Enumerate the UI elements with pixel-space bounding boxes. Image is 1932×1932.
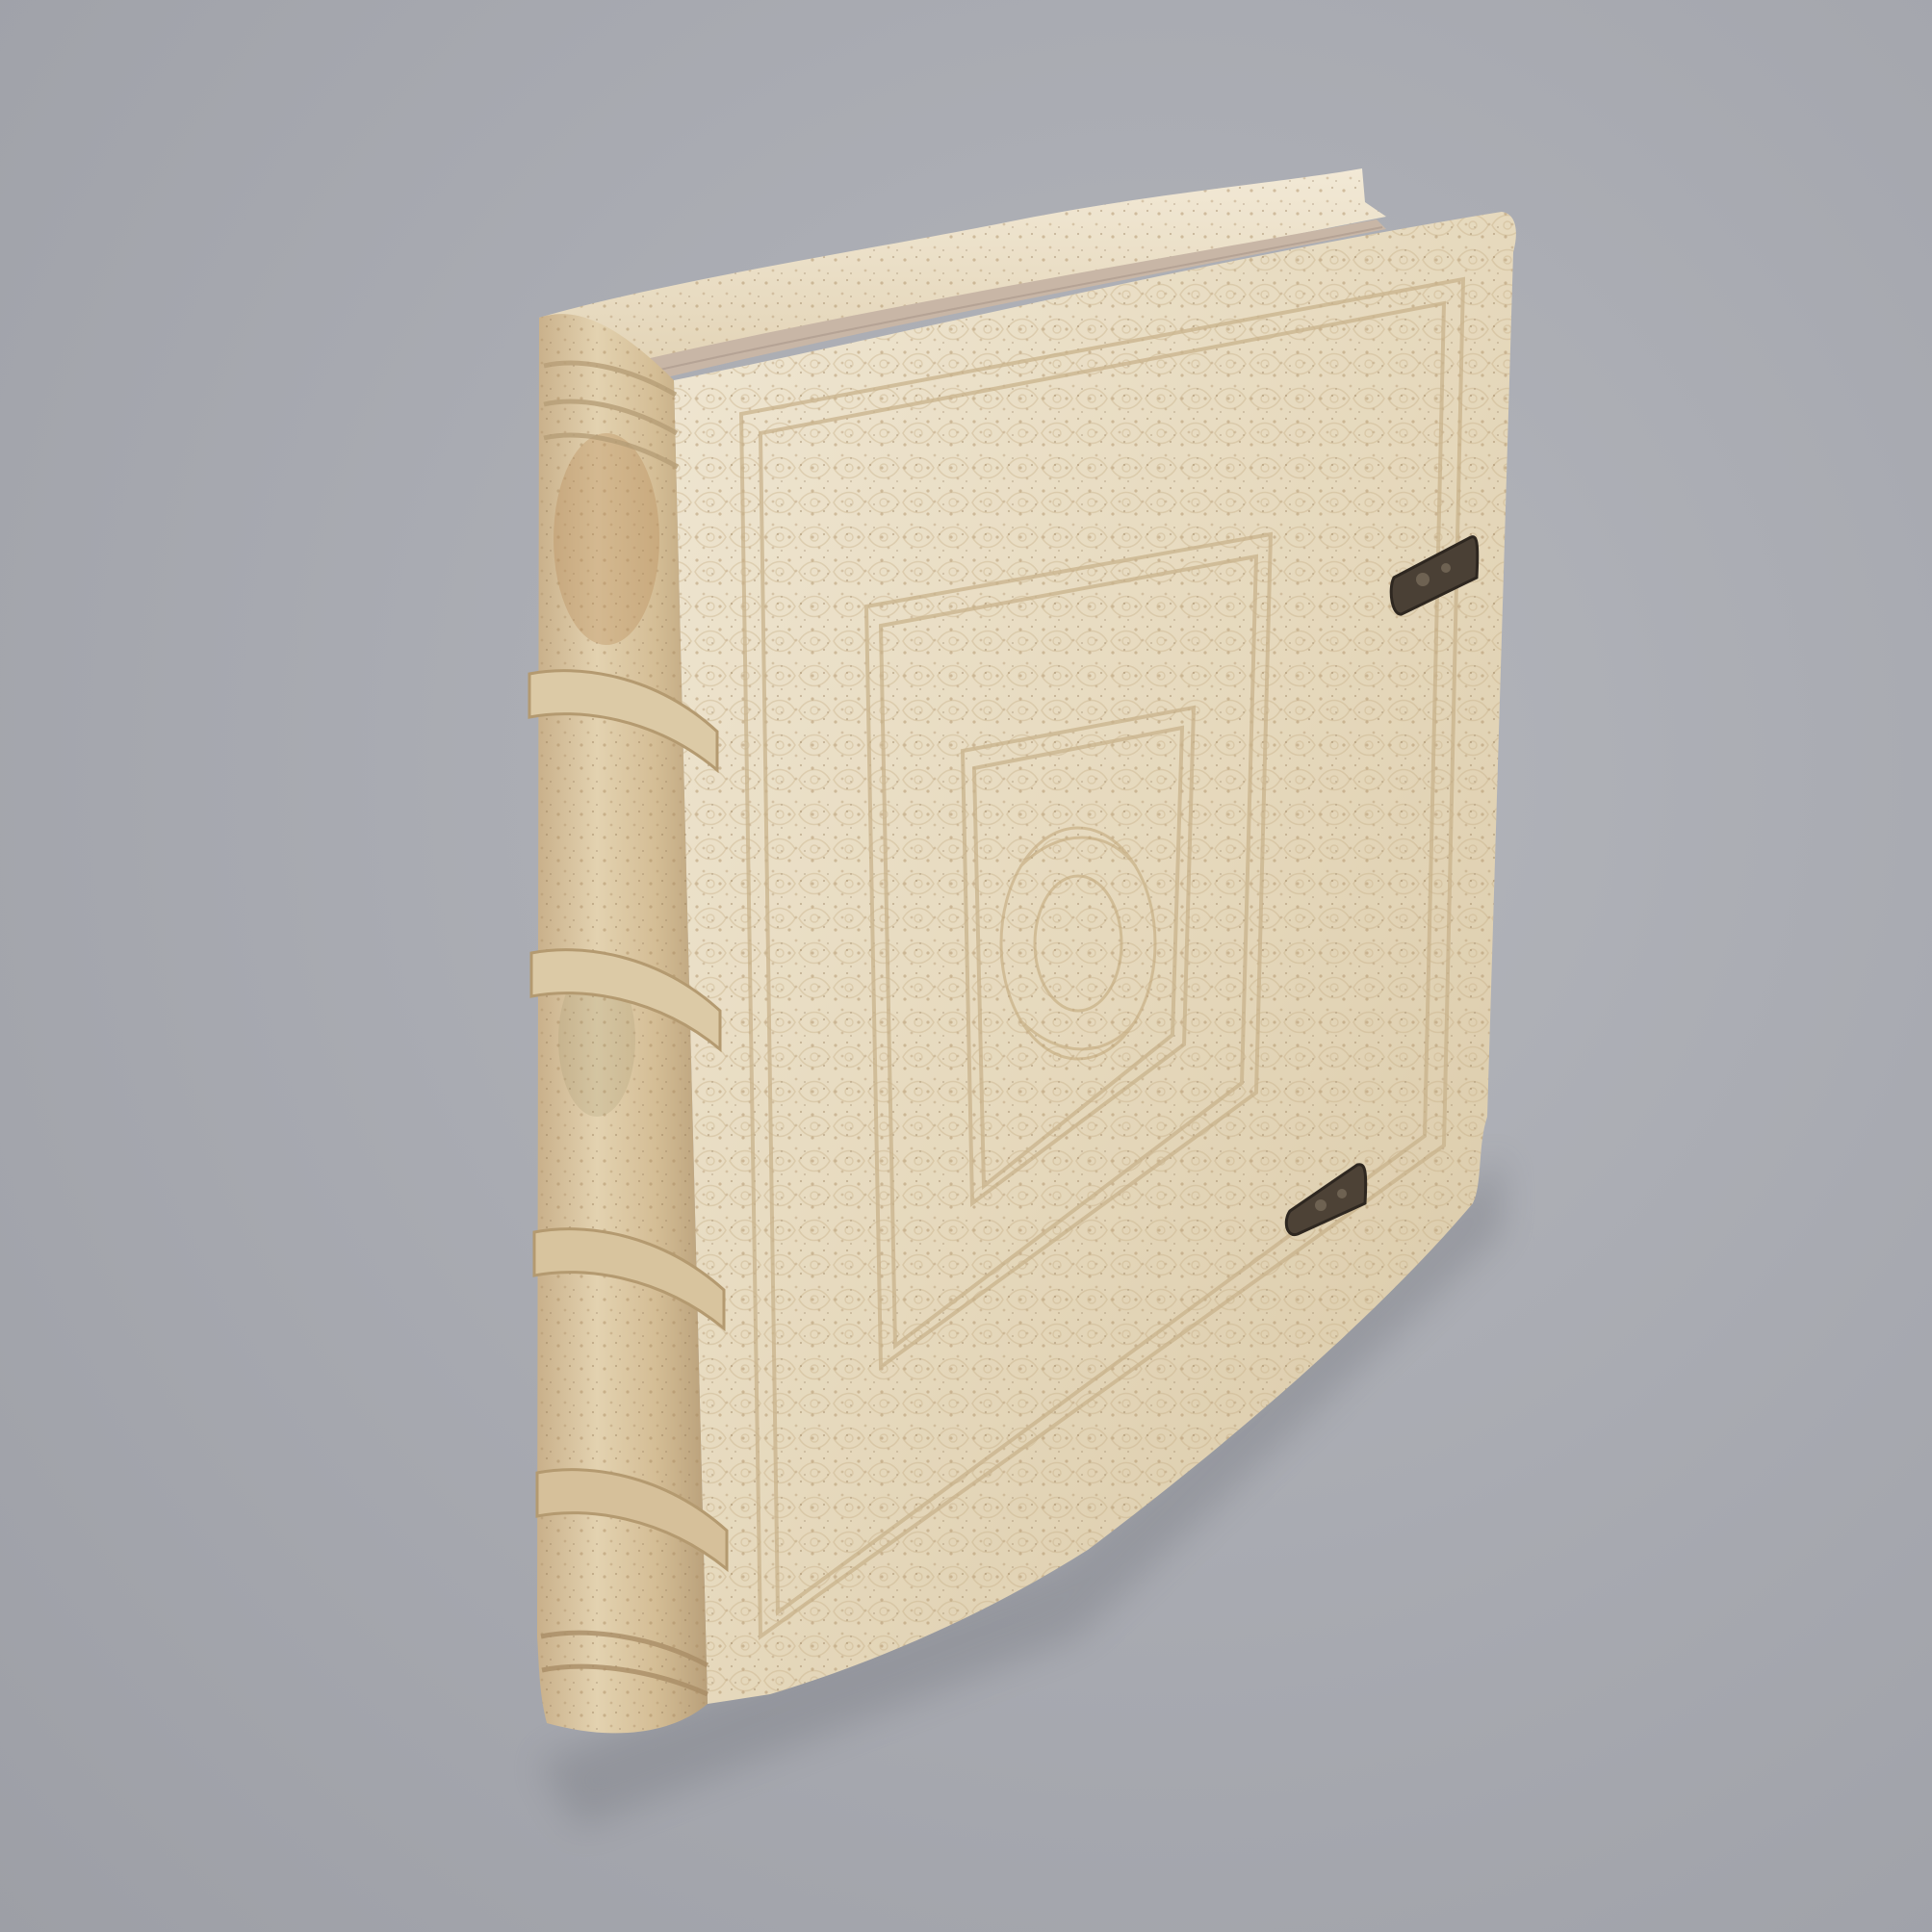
book-illustration (0, 0, 1932, 1932)
spine-stain (554, 433, 659, 645)
photo-scene (0, 0, 1932, 1932)
